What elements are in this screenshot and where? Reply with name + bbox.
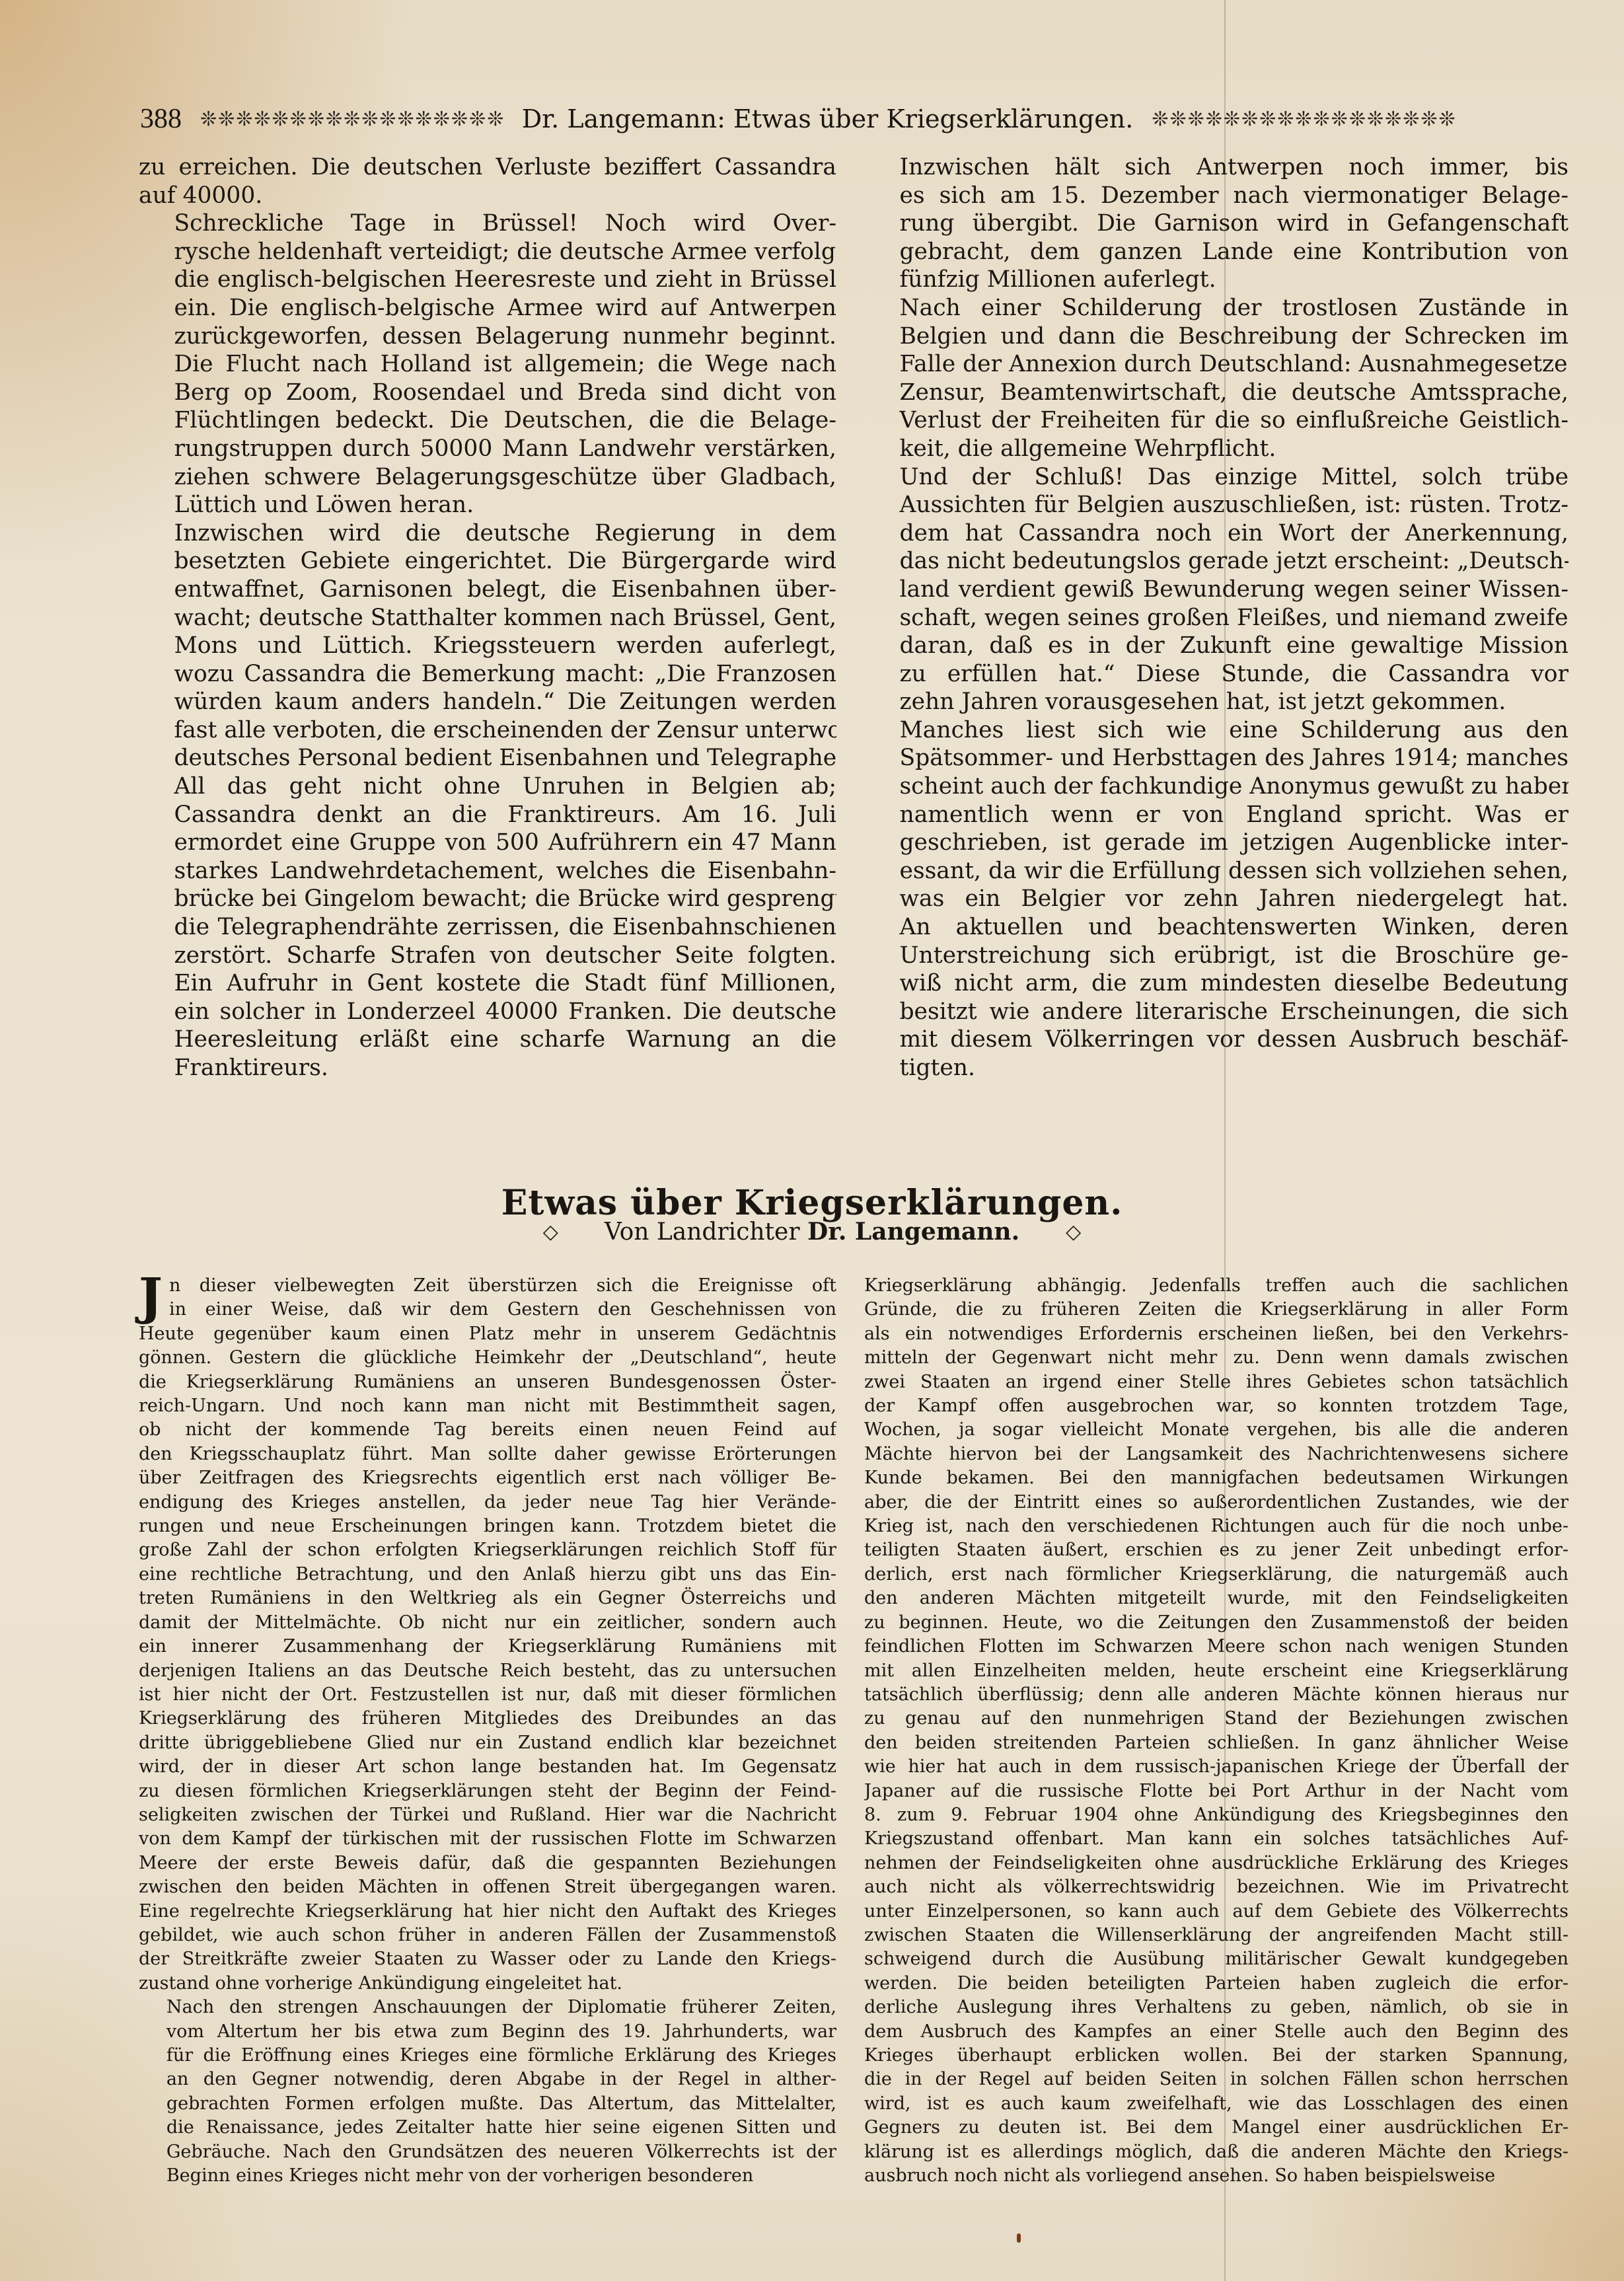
text-line: dem Ausbruch des Kampfes an einer Stelle… [864, 2020, 1569, 2044]
text-line: land verdient gewiß Bewunderung wegen se… [864, 576, 1569, 604]
text-line: zu beginnen. Heute, wo die Zeitungen den… [864, 1611, 1569, 1635]
text-line: namentlich wenn er von England spricht. … [864, 801, 1569, 829]
text-line: zwischen den beiden Mächten in offenen S… [139, 1875, 836, 1899]
text-line: Mons und Lüttich. Kriegssteuern werden a… [139, 632, 836, 660]
text-line: gönnen. Gestern die glückliche Heimkehr … [139, 1346, 836, 1370]
text-line: starkes Landwehrdetachement, welches die… [139, 857, 836, 885]
previous-article-left-column: zu erreichen. Die deutschen Verluste bez… [139, 153, 836, 1082]
journal-page: 388 ❊❊❊❊❊❊❊❊❊❊❊❊❊❊❊❊❊❊❊❊❊ Dr. Langemann:… [0, 0, 1624, 2281]
text-line: treten Rumäniens in den Weltkrieg als ei… [139, 1587, 836, 1610]
byline-author: Dr. Langemann. [807, 1218, 1019, 1246]
text-line: rung übergibt. Die Garnison wird in Gefa… [864, 209, 1569, 238]
text-line: An aktuellen und beachtenswerten Winken,… [864, 913, 1569, 942]
text-line: auf 40000. [139, 182, 836, 210]
text-line: Flüchtlingen bedeckt. Die Deutschen, die… [139, 406, 836, 435]
text-line: Ein Aufruhr in Gent kostete die Stadt fü… [139, 969, 836, 998]
text-line: werden. Die beiden beteiligten Parteien … [864, 1972, 1569, 1996]
text-line: dem hat Cassandra noch ein Wort der Aner… [864, 519, 1569, 548]
text-line: ist hier nicht der Ort. Festzustellen is… [139, 1683, 836, 1707]
article-byline: ◇ Von Landrichter Dr. Langemann. ◇ [0, 1218, 1624, 1246]
text-line: Beginn eines Krieges nicht mehr von der … [139, 2164, 836, 2188]
paragraph: Manches liest sich wie eine Schilderung … [864, 716, 1569, 1082]
text-line: zerstört. Scharfe Strafen von deutscher … [139, 942, 836, 970]
text-line: scheint auch der fachkundige Anonymus ge… [864, 772, 1569, 801]
paragraph: Und der Schluß! Das einzige Mittel, solc… [864, 463, 1569, 716]
text-line: fünfzig Millionen auferlegt. [864, 266, 1569, 294]
text-line: für die Eröffnung eines Krieges eine för… [139, 2044, 836, 2068]
article-title: Etwas über Kriegserklärungen. [0, 1183, 1624, 1223]
text-line: derjenigen Italiens an das Deutsche Reic… [139, 1659, 836, 1683]
text-line: Kriegserklärung des früheren Mitgliedes … [139, 1707, 836, 1731]
text-line: von dem Kampf der türkischen mit der rus… [139, 1827, 836, 1851]
text-line: große Zahl der schon erfolgten Kriegserk… [139, 1538, 836, 1562]
ornament-row-right: ❊❊❊❊❊❊❊❊❊❊❊❊❊❊❊❊❊❊❊❊❊❊❊❊❊❊❊❊ [1152, 108, 1455, 131]
article-left-column: Jn dieser vielbewegten Zeit überstürzen … [139, 1274, 836, 2188]
text-line: mit allen Einzelheiten melden, heute ers… [864, 1659, 1569, 1683]
text-line: Inzwischen hält sich Antwerpen noch imme… [864, 153, 1569, 182]
text-line: wiß nicht arm, die zum mindesten dieselb… [864, 969, 1569, 998]
text-line: damit der Mittelmächte. Ob nicht nur ein… [139, 1611, 836, 1635]
text-line: Spätsommer- und Herbsttagen des Jahres 1… [864, 744, 1569, 772]
text-line: deutsches Personal bedient Eisenbahnen u… [139, 744, 836, 772]
text-line: Zensur, Beamtenwirtschaft, die deutsche … [864, 379, 1569, 407]
text-line: teiligten Staaten äußert, erschien es zu… [864, 1538, 1569, 1562]
text-line: besetzten Gebiete eingerichtet. Die Bürg… [139, 547, 836, 576]
text-line: in einer Weise, daß wir dem Gestern den … [169, 1298, 836, 1322]
text-line: n dieser vielbewegten Zeit überstürzen s… [169, 1274, 836, 1298]
text-line: wird, ist es auch kaum zweifelhaft, wie … [864, 2092, 1569, 2116]
text-line: seligkeiten zwischen der Türkei und Rußl… [139, 1803, 836, 1827]
text-line: klärung ist es allerdings möglich, daß d… [864, 2140, 1569, 2164]
text-line: es sich am 15. Dezember nach viermonatig… [864, 182, 1569, 210]
text-line: Und der Schluß! Das einzige Mittel, solc… [864, 463, 1569, 492]
text-line: mitteln der Gegenwart nicht mehr zu. Den… [864, 1346, 1569, 1370]
running-head: 388 ❊❊❊❊❊❊❊❊❊❊❊❊❊❊❊❊❊❊❊❊❊ Dr. Langemann:… [140, 99, 1455, 139]
text-line: Kriegszustand offenbart. Man kann ein so… [864, 1827, 1569, 1851]
text-line: Eine regelrechte Kriegserklärung hat hie… [139, 1900, 836, 1924]
drop-cap: J [139, 1275, 163, 1318]
text-line: reich-Ungarn. Und noch kann man nicht mi… [139, 1394, 836, 1418]
text-line: über Zeitfragen des Kriegsrechts eigentl… [139, 1466, 836, 1490]
text-line: zustand ohne vorherige Ankündigung einge… [139, 1972, 836, 1996]
text-line: rungen und neue Erscheinungen bringen ka… [139, 1514, 836, 1538]
text-line: Wochen, ja sogar vielleicht Monate verge… [864, 1418, 1569, 1442]
previous-article-right-column: Inzwischen hält sich Antwerpen noch imme… [864, 153, 1569, 1082]
text-line: Belgien und dann die Beschreibung der Sc… [864, 322, 1569, 351]
text-line: ob nicht der kommende Tag bereits einen … [139, 1418, 836, 1442]
text-line: die Renaissance, jedes Zeitalter hatte h… [139, 2116, 836, 2140]
text-line: aber, die der Eintritt eines so außerord… [864, 1491, 1569, 1514]
text-line: Meere der erste Beweis dafür, daß die ge… [139, 1851, 836, 1875]
text-line: Krieg ist, nach den verschiedenen Richtu… [864, 1514, 1569, 1538]
text-line: rysche heldenhaft verteidigt; die deutsc… [139, 238, 836, 266]
text-line: Die Flucht nach Holland ist allgemein; d… [139, 350, 836, 379]
text-line: essant, da wir die Erfüllung dessen sich… [864, 857, 1569, 885]
text-line: Gründe, die zu früheren Zeiten die Krieg… [864, 1298, 1569, 1322]
text-line: die Telegraphendrähte zerrissen, die Eis… [139, 913, 836, 942]
text-line: Aussichten für Belgien auszuschließen, i… [864, 491, 1569, 519]
text-line: Inzwischen wird die deutsche Regierung i… [139, 519, 836, 548]
text-line: Manches liest sich wie eine Schilderung … [864, 716, 1569, 745]
text-line: tigten. [864, 1054, 1569, 1082]
text-line: zu genau auf den nunmehrigen Stand der B… [864, 1707, 1569, 1731]
text-line: was ein Belgier vor zehn Jahren niederge… [864, 885, 1569, 913]
text-line: ermordet eine Gruppe von 500 Aufrührern … [139, 829, 836, 857]
text-line: gebracht, dem ganzen Lande eine Kontribu… [864, 238, 1569, 266]
text-line: zu erfüllen hat.“ Diese Stunde, die Cass… [864, 660, 1569, 689]
paragraph: Inzwischen wird die deutsche Regierung i… [139, 519, 836, 772]
text-line: der Streitkräfte zweier Staaten zu Wasse… [139, 1947, 836, 1971]
text-line: würden kaum anders handeln.“ Die Zeitung… [139, 688, 836, 716]
text-line: ein. Die englisch-belgische Armee wird a… [139, 294, 836, 322]
text-line: der Kampf offen ausgebrochen war, so kon… [864, 1394, 1569, 1418]
byline-prefix: Von Landrichter [605, 1218, 800, 1246]
text-line: Unterstreichung sich erübrigt, ist die B… [864, 942, 1569, 970]
text-line: wie hier hat auch in dem russisch-japani… [864, 1755, 1569, 1779]
diamond-ornament-icon: ◇ [1066, 1220, 1081, 1244]
text-line: endigung des Krieges anstellen, da jeder… [139, 1491, 836, 1514]
text-line: tatsächlich überflüssig; denn alle ander… [864, 1683, 1569, 1707]
paragraph: Kriegserklärung abhängig. Jedenfalls tre… [864, 1274, 1569, 2188]
text-line: Schreckliche Tage in Brüssel! Noch wird … [139, 209, 836, 238]
text-line: entwaffnet, Garnisonen belegt, die Eisen… [139, 576, 836, 604]
paragraph: Nach den strengen Anschauungen der Diplo… [139, 1996, 836, 2188]
text-line: wozu Cassandra die Bemerkung macht: „Die… [139, 660, 836, 689]
text-line: Gebräuche. Nach den Grundsätzen des neue… [139, 2140, 836, 2164]
paragraph: All das geht nicht ohne Unruhen in Belgi… [139, 772, 836, 1082]
text-line: schweigend durch die Ausübung militärisc… [864, 1947, 1569, 1971]
paragraph: Schreckliche Tage in Brüssel! Noch wird … [139, 209, 836, 519]
text-line: gebrachten Formen erfolgen mußte. Das Al… [139, 2092, 836, 2116]
text-line: Nach den strengen Anschauungen der Diplo… [139, 1996, 836, 2019]
text-line: gebildet, wie auch schon früher in ander… [139, 1924, 836, 1947]
text-line: Falle der Annexion durch Deutschland: Au… [864, 350, 1569, 379]
text-line: keit, die allgemeine Wehrpflicht. [864, 435, 1569, 463]
text-line: an den Gegner notwendig, deren Abgabe in… [139, 2068, 836, 2091]
text-line: zwei Staaten an irgend einer Stelle ihre… [864, 1370, 1569, 1394]
text-line: Cassandra denkt an die Franktireurs. Am … [139, 801, 836, 829]
text-line: Gegners zu deuten ist. Bei dem Mangel ei… [864, 2116, 1569, 2140]
text-line: zu diesen förmlichen Kriegserklärungen s… [139, 1779, 836, 1803]
text-line: Kunde bekamen. Bei den mannigfachen bede… [864, 1466, 1569, 1490]
text-line: zurückgeworfen, dessen Belagerung nunmeh… [139, 322, 836, 351]
text-line: Franktireurs. [139, 1054, 836, 1082]
running-title: Dr. Langemann: Etwas über Kriegserklärun… [522, 104, 1134, 133]
text-line: Verlust der Freiheiten für die so einflu… [864, 406, 1569, 435]
text-line: feindlichen Flotten im Schwarzen Meere s… [864, 1635, 1569, 1659]
text-line: zehn Jahren vorausgesehen hat, ist jetzt… [864, 688, 1569, 716]
text-line: nehmen der Feindseligkeiten ohne ausdrüc… [864, 1851, 1569, 1875]
text-line: eine rechtliche Betrachtung, und den Anl… [139, 1563, 836, 1587]
paragraph: zu erreichen. Die deutschen Verluste bez… [139, 153, 836, 209]
text-line: zwischen Staaten die Willenserklärung de… [864, 1924, 1569, 1947]
text-line: ein solcher in Londerzeel 40000 Franken.… [139, 998, 836, 1026]
text-line: Mächte hiervon bei der Langsamkeit des N… [864, 1442, 1569, 1466]
text-line: Nach einer Schilderung der trostlosen Zu… [864, 294, 1569, 322]
text-line: wird, der in dieser Art schon lange best… [139, 1755, 836, 1779]
text-line: derlich, erst nach förmlicher Kriegserkl… [864, 1563, 1569, 1587]
page-number: 388 [140, 103, 182, 135]
text-line: die Kriegserklärung Rumäniens an unseren… [139, 1370, 836, 1394]
diamond-ornament-icon: ◇ [543, 1220, 558, 1244]
text-line: Lüttich und Löwen heran. [139, 491, 836, 519]
article-right-column: Kriegserklärung abhängig. Jedenfalls tre… [864, 1274, 1569, 2188]
text-line: den anderen Mächten mitgeteilt wurde, mi… [864, 1587, 1569, 1610]
text-line: das nicht bedeutungslos gerade jetzt ers… [864, 547, 1569, 576]
text-line: die englisch-belgischen Heeresreste und … [139, 266, 836, 294]
text-line: Kriegserklärung abhängig. Jedenfalls tre… [864, 1274, 1569, 1298]
text-line: daran, daß es in der Zukunft eine gewalt… [864, 632, 1569, 660]
paragraph: Jn dieser vielbewegten Zeit überstürzen … [139, 1274, 836, 1996]
text-line: Berg op Zoom, Roosendael und Breda sind … [139, 379, 836, 407]
text-line: besitzt wie andere literarische Erschein… [864, 998, 1569, 1026]
byline-text: Von Landrichter Dr. Langemann. [605, 1218, 1019, 1246]
text-line: Heute gegenüber kaum einen Platz mehr in… [139, 1322, 836, 1346]
text-line: Heeresleitung erläßt eine scharfe Warnun… [139, 1026, 836, 1054]
text-line: mit diesem Völkerringen vor dessen Ausbr… [864, 1026, 1569, 1054]
text-line: fast alle verboten, die erscheinenden de… [139, 716, 836, 745]
text-line: schaft, wegen seines großen Fleißes, und… [864, 604, 1569, 632]
text-line: auch nicht als völkerrechtswidrig bezeic… [864, 1875, 1569, 1899]
text-line: All das geht nicht ohne Unruhen in Belgi… [139, 772, 836, 801]
text-line: dritte übriggebliebene Glied nur ein Zus… [139, 1731, 836, 1755]
text-line: ein innerer Zusammenhang der Kriegserklä… [139, 1635, 836, 1659]
text-line: ziehen schwere Belagerungsgeschütze über… [139, 463, 836, 492]
paragraph: Inzwischen hält sich Antwerpen noch imme… [864, 153, 1569, 294]
text-line: rungstruppen durch 50000 Mann Landwehr v… [139, 435, 836, 463]
text-line: unter Einzelpersonen, so kann auch auf d… [864, 1900, 1569, 1924]
paragraph: Nach einer Schilderung der trostlosen Zu… [864, 294, 1569, 463]
text-line: derliche Auslegung ihres Verhaltens zu g… [864, 1996, 1569, 2019]
text-line: Krieges überhaupt erblicken wollen. Bei … [864, 2044, 1569, 2068]
paper-stain [1017, 2233, 1021, 2243]
text-line: den Kriegsschauplatz führt. Man sollte d… [139, 1442, 836, 1466]
text-line: vom Altertum her bis etwa zum Beginn des… [139, 2020, 836, 2044]
ornament-row-left: ❊❊❊❊❊❊❊❊❊❊❊❊❊❊❊❊❊❊❊❊❊ [200, 108, 503, 131]
text-line: die in der Regel auf beiden Seiten in so… [864, 2068, 1569, 2091]
text-line: wacht; deutsche Statthalter kommen nach … [139, 604, 836, 632]
text-line: geschrieben, ist gerade im jetzigen Auge… [864, 829, 1569, 857]
text-line: brücke bei Gingelom bewacht; die Brücke … [139, 885, 836, 913]
text-line: als ein notwendiges Erfordernis erschein… [864, 1322, 1569, 1346]
text-line: den beiden streitenden Parteien schließe… [864, 1731, 1569, 1755]
text-line: Japaner auf die russische Flotte bei Por… [864, 1779, 1569, 1803]
text-line: zu erreichen. Die deutschen Verluste bez… [139, 153, 836, 182]
text-line: 8. zum 9. Februar 1904 ohne Ankündigung … [864, 1803, 1569, 1827]
text-line: ausbruch noch nicht als vorliegend anseh… [864, 2164, 1569, 2188]
